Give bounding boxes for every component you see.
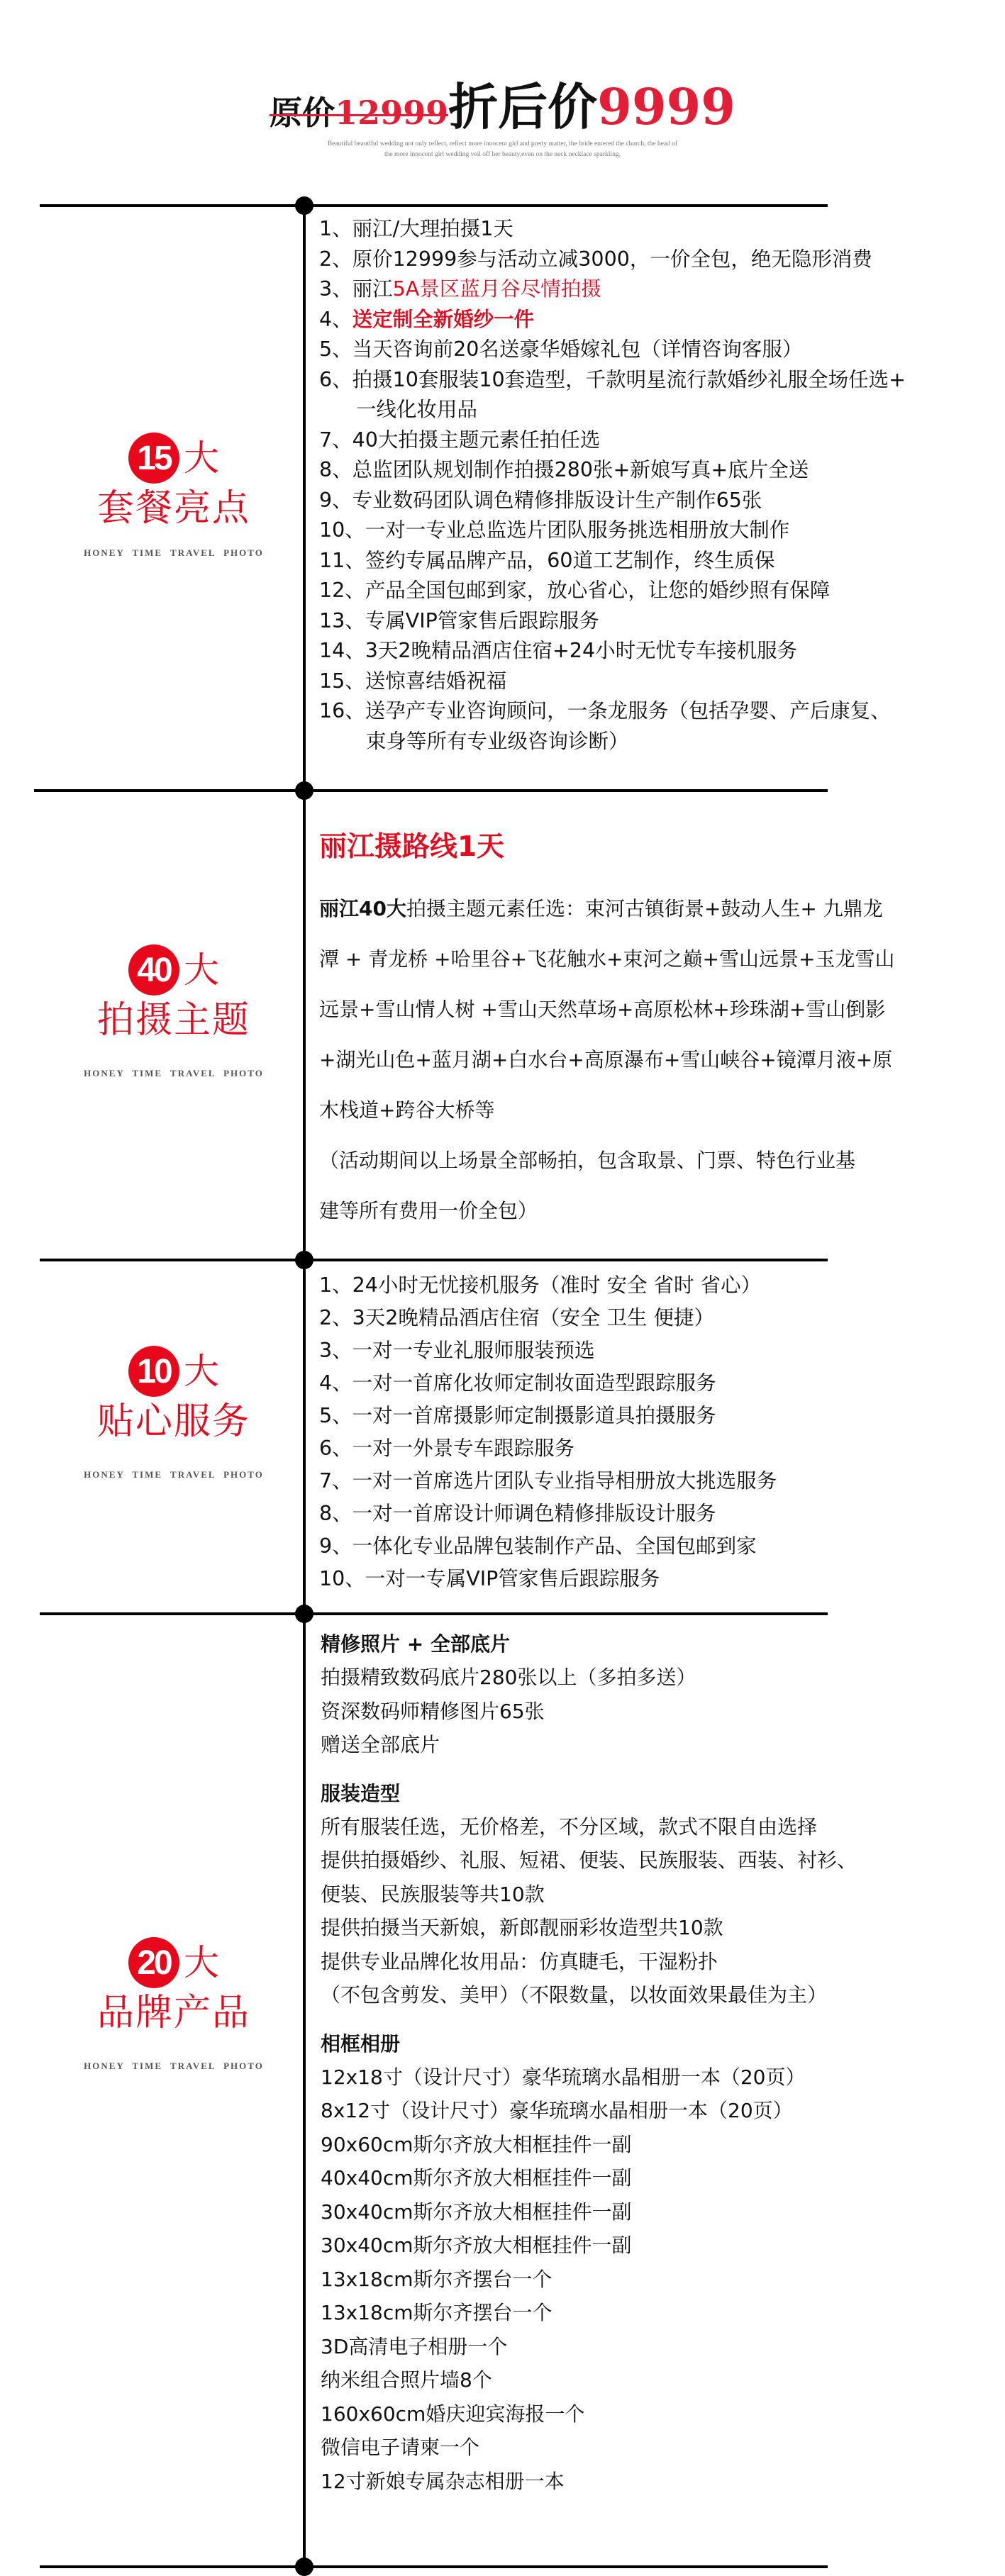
list-item: 13x18cm斯尔齐摆台一个 (321, 2296, 987, 2330)
section-divider (40, 1259, 828, 1261)
list-item: （不包含剪发、美甲）（不限数量，以妆面效果最佳为主） (321, 1978, 987, 2012)
list-item: 12x18寸（设计尺寸）豪华琉璃水晶相册一本（20页） (321, 2061, 987, 2095)
list-item: 16、送孕产专业咨询顾问，一条龙服务（包括孕婴、产后康复、 (319, 696, 986, 727)
badge-suffix: 大 (184, 1350, 219, 1393)
package-highlights-list: 1、丽江/大理拍摄1天 2、原价12999参与活动立减3000，一价全包，绝无隐… (319, 214, 986, 757)
list-item: 便装、民族服装等共10款 (321, 1878, 987, 1912)
section-label-services: 10 大 贴心服务 HONEY TIME TRAVEL PHOTO (43, 1346, 305, 1481)
list-item: 7、40大拍摄主题元素任拍任选 (319, 425, 986, 456)
section-divider (40, 1612, 828, 1615)
route-line: +湖光山色+蓝月湖+白水台+高原瀑布+雪山峡谷+镜潭月液+原 (319, 1035, 986, 1085)
list-item: 拍摄精致数码底片280张以上（多拍多送） (321, 1661, 987, 1695)
list-item: 10、一对一专业总监选片团队服务挑选相册放大制作 (319, 515, 986, 546)
section-title: 品牌产品 (43, 1990, 305, 2036)
list-item: 提供专业品牌化妆用品：仿真睫毛，干湿粉扑 (321, 1945, 987, 1979)
list-item: 3、一对一专业礼服师服装预选 (319, 1334, 986, 1367)
list-item: 10、一对一专属VIP管家售后跟踪服务 (319, 1563, 986, 1595)
route-line: 木栈道+跨谷大桥等 (319, 1085, 986, 1135)
price-title: 原价12999折后价9999 (0, 67, 1005, 139)
section-title: 套餐亮点 (43, 485, 305, 532)
list-item: 5、当天咨询前20名送豪华婚嫁礼包（详情咨询客服） (319, 335, 986, 365)
original-price-value: 12999 (335, 94, 448, 132)
badge-suffix: 大 (184, 1941, 219, 1984)
section-title: 拍摄主题 (43, 997, 305, 1044)
timeline-dot (295, 1605, 313, 1623)
brand-tagline: HONEY TIME TRAVEL PHOTO (43, 2061, 305, 2072)
list-item: 3D高清电子相册一个 (321, 2330, 987, 2364)
list-item: 纳米组合照片墙8个 (321, 2363, 987, 2397)
list-item: 8x12寸（设计尺寸）豪华琉璃水晶相册一本（20页） (321, 2094, 987, 2128)
timeline-dot (295, 2558, 313, 2576)
list-item: 资深数码师精修图片65张 (321, 1695, 987, 1729)
list-item: 90x60cm斯尔齐放大相框挂件一副 (321, 2128, 987, 2162)
timeline-dot (295, 781, 313, 800)
group-heading: 服装造型 (321, 1778, 987, 1810)
section-label-shooting-themes: 40 大 拍摄主题 HONEY TIME TRAVEL PHOTO (43, 944, 305, 1079)
services-list: 1、24小时无忧接机服务（准时 安全 省时 省心） 2、3天2晚精品酒店住宿（安… (319, 1269, 986, 1595)
list-item: 13、专属VIP管家售后跟踪服务 (319, 606, 986, 637)
list-item: 11、签约专属品牌产品，60道工艺制作，终生质保 (319, 546, 986, 576)
timeline-dot (295, 196, 313, 215)
list-item: 6、拍摄10套服装10套造型，千款明星流行款婚纱礼服全场任选+ (319, 365, 986, 396)
list-item-continuation: 束身等所有专业级咨询诊断） (319, 727, 986, 757)
group-heading: 精修照片 + 全部底片 (321, 1628, 987, 1661)
list-item: 9、专业数码团队调色精修排版设计生产制作65张 (319, 486, 986, 516)
list-item: 提供拍摄婚纱、礼服、短裙、便装、民族服装、西装、衬衫、 (321, 1844, 987, 1878)
list-item: 12寸新娘专属杂志相册一本 (321, 2465, 987, 2499)
list-item: 1、24小时无忧接机服务（准时 安全 省时 省心） (319, 1269, 986, 1302)
number-badge: 10 (128, 1346, 179, 1397)
badge-suffix: 大 (184, 437, 219, 479)
badge-suffix: 大 (184, 949, 219, 991)
subtitle-line: Beautiful beautiful wedding not only ref… (270, 139, 735, 150)
list-item: 14、3天2晚精品酒店住宿+24小时无忧专车接机服务 (319, 636, 986, 667)
list-item: 13x18cm斯尔齐摆台一个 (321, 2263, 987, 2297)
list-item: 30x40cm斯尔齐放大相框挂件一副 (321, 2195, 987, 2229)
route-line: 丽江40大拍摄主题元素任选：束河古镇街景+鼓动人生+ 九鼎龙 (319, 883, 986, 934)
section-divider (40, 2565, 828, 2568)
brand-tagline: HONEY TIME TRAVEL PHOTO (43, 1068, 305, 1079)
number-badge: 15 (128, 433, 179, 484)
discount-price-value: 9999 (597, 77, 735, 136)
list-item: 2、3天2晚精品酒店住宿（安全 卫生 便捷） (319, 1302, 986, 1334)
price-header: 原价12999折后价9999 Beautiful beautiful weddi… (0, 0, 1005, 191)
section-label-brand-products: 20 大 品牌产品 HONEY TIME TRAVEL PHOTO (43, 1937, 305, 2072)
list-item: 8、一对一首席设计师调色精修排版设计服务 (319, 1498, 986, 1530)
section-divider (40, 204, 828, 207)
list-item: 6、一对一外景专车跟踪服务 (319, 1432, 986, 1465)
list-item: 4、一对一首席化妆师定制妆面造型跟踪服务 (319, 1367, 986, 1400)
route-note: （活动期间以上场景全部畅拍，包含取景、门票、特色行业基 (319, 1135, 986, 1186)
list-item: 3、丽江5A景区蓝月谷尽情拍摄 (319, 274, 986, 305)
route-line: 潭 + 青龙桥 +哈里谷+飞花触水+束河之巅+雪山远景+玉龙雪山 (319, 934, 986, 984)
list-item-continuation: 一线化妆用品 (319, 395, 986, 425)
list-item: 提供拍摄当天新娘，新郎靓丽彩妆造型共10款 (321, 1911, 987, 1945)
original-price: 原价12999 (270, 94, 448, 132)
number-badge: 40 (128, 944, 179, 996)
list-item: 4、送定制全新婚纱一件 (319, 305, 986, 335)
list-item: 160x60cm婚庆迎宾海报一个 (321, 2397, 987, 2431)
list-item: 40x40cm斯尔齐放大相框挂件一副 (321, 2161, 987, 2195)
discount-price-label: 折后价 (448, 77, 597, 136)
brand-tagline: HONEY TIME TRAVEL PHOTO (43, 1469, 305, 1481)
group-heading: 相框相册 (321, 2028, 987, 2061)
brand-tagline: HONEY TIME TRAVEL PHOTO (43, 547, 305, 559)
list-item: 9、一体化专业品牌包装制作产品、全国包邮到家 (319, 1530, 986, 1563)
list-item: 8、总监团队规划制作拍摄280张+新娘写真+底片全送 (319, 455, 986, 486)
list-item: 微信电子请柬一个 (321, 2431, 987, 2465)
route-line: 远景+雪山情人树 +雪山天然草场+高原松林+珍珠湖+雪山倒影 (319, 984, 986, 1035)
number-badge: 20 (128, 1937, 179, 1988)
discount-price: 折后价9999 (448, 77, 735, 136)
list-item: 2、原价12999参与活动立减3000，一价全包，绝无隐形消费 (319, 245, 986, 275)
route-title: 丽江摄路线1天 (319, 830, 986, 865)
list-item: 赠送全部底片 (321, 1728, 987, 1762)
brand-products-list: 精修照片 + 全部底片 拍摄精致数码底片280张以上（多拍多送） 资深数码师精修… (321, 1628, 987, 2498)
list-item: 5、一对一首席摄影师定制摄影道具拍摄服务 (319, 1400, 986, 1432)
subtitle-line: the more innocent girl wedding veil off … (270, 150, 735, 160)
route-note: 建等所有费用一价全包） (319, 1186, 986, 1236)
list-item: 15、送惊喜结婚祝福 (319, 667, 986, 697)
original-price-label: 原价 (270, 94, 335, 132)
list-item: 7、一对一首席选片团队专业指导相册放大挑选服务 (319, 1465, 986, 1498)
list-item: 30x40cm斯尔齐放大相框挂件一副 (321, 2229, 987, 2263)
list-item: 1、丽江/大理拍摄1天 (319, 214, 986, 245)
subtitle: Beautiful beautiful wedding not only ref… (270, 139, 735, 160)
timeline-dot (295, 1251, 313, 1269)
list-item: 12、产品全国包邮到家，放心省心，让您的婚纱照有保障 (319, 576, 986, 606)
section-label-package-highlights: 15 大 套餐亮点 HONEY TIME TRAVEL PHOTO (43, 433, 305, 559)
section-divider (34, 789, 828, 792)
section-title: 贴心服务 (43, 1398, 305, 1445)
list-item: 所有服装任选，无价格差，不分区域，款式不限自由选择 (321, 1810, 987, 1844)
shooting-route: 丽江摄路线1天 丽江40大拍摄主题元素任选：束河古镇街景+鼓动人生+ 九鼎龙 潭… (319, 830, 986, 1236)
